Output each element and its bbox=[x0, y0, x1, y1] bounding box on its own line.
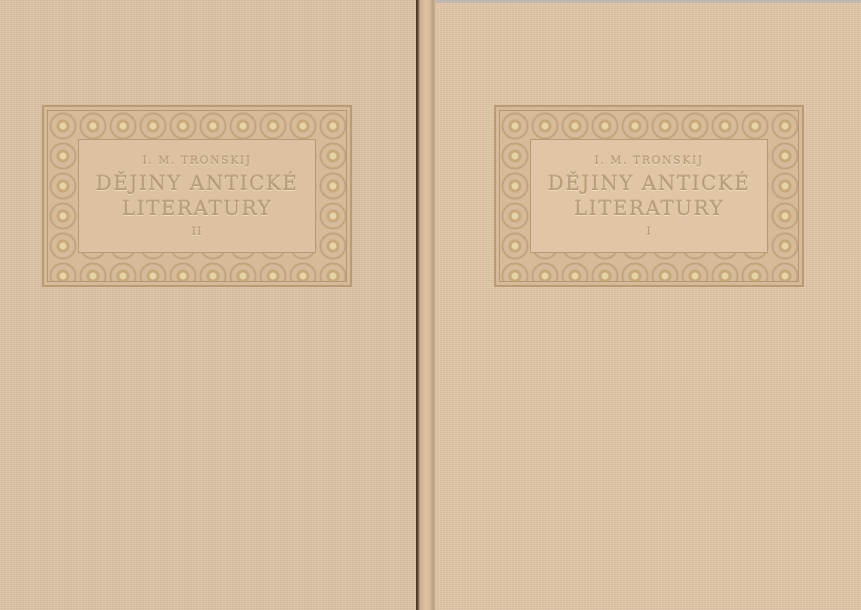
title-line-1: DĚJINY ANTICKÉ bbox=[548, 171, 751, 196]
title-line-2: LITERATURY bbox=[122, 196, 272, 221]
spine-gap bbox=[416, 0, 436, 610]
title-panel: I. M. TRONSKIJ DĚJINY ANTICKÉ LITERATURY… bbox=[78, 139, 316, 253]
ornamental-gilt-frame: I. M. TRONSKIJ DĚJINY ANTICKÉ LITERATURY… bbox=[494, 105, 804, 287]
title-line-2: LITERATURY bbox=[574, 196, 724, 221]
author-name: I. M. TRONSKIJ bbox=[594, 154, 703, 167]
book-cover-volume-1: I. M. TRONSKIJ DĚJINY ANTICKÉ LITERATURY… bbox=[436, 0, 861, 610]
book-cover-volume-2: I. M. TRONSKIJ DĚJINY ANTICKÉ LITERATURY… bbox=[0, 0, 416, 610]
ornamental-gilt-frame: I. M. TRONSKIJ DĚJINY ANTICKÉ LITERATURY… bbox=[42, 105, 352, 287]
volume-number: II bbox=[192, 225, 203, 238]
author-name: I. M. TRONSKIJ bbox=[142, 154, 251, 167]
background-edge bbox=[436, 0, 861, 3]
title-line-1: DĚJINY ANTICKÉ bbox=[96, 171, 299, 196]
title-panel: I. M. TRONSKIJ DĚJINY ANTICKÉ LITERATURY… bbox=[530, 139, 768, 253]
volume-number: I bbox=[646, 225, 651, 238]
